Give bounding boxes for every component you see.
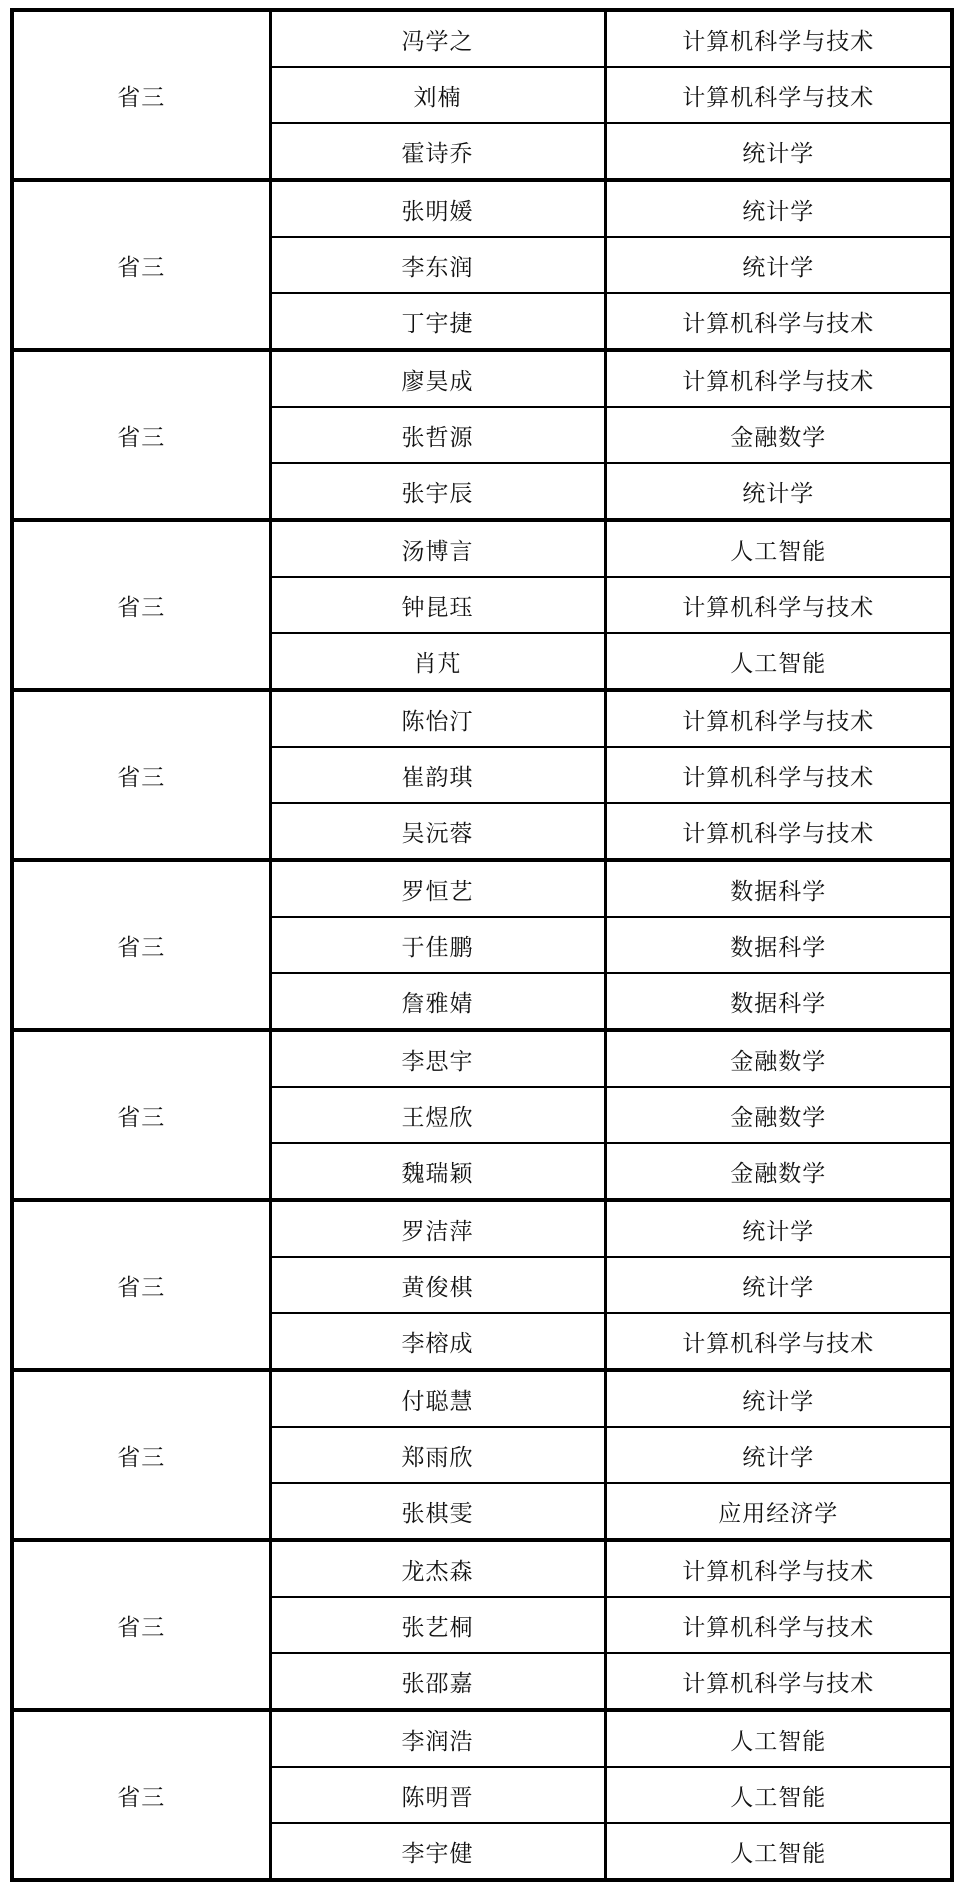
major-cell: 统计学 — [605, 123, 952, 180]
name-cell: 钟昆珏 — [270, 577, 605, 633]
name-cell: 魏瑞颖 — [270, 1143, 605, 1200]
major-cell: 人工智能 — [605, 1767, 952, 1823]
name-cell: 霍诗乔 — [270, 123, 605, 180]
table-row: 省三罗恒艺数据科学 — [12, 860, 952, 917]
name-cell: 张宇辰 — [270, 463, 605, 520]
name-cell: 崔韵琪 — [270, 747, 605, 803]
major-cell: 人工智能 — [605, 1823, 952, 1880]
name-cell: 丁宇捷 — [270, 293, 605, 350]
award-cell: 省三 — [12, 350, 270, 520]
name-cell: 郑雨欣 — [270, 1427, 605, 1483]
major-cell: 计算机科学与技术 — [605, 577, 952, 633]
table-row: 省三付聪慧统计学 — [12, 1370, 952, 1427]
major-cell: 统计学 — [605, 1257, 952, 1313]
award-cell: 省三 — [12, 1370, 270, 1540]
award-cell: 省三 — [12, 1540, 270, 1710]
name-cell: 张棋雯 — [270, 1483, 605, 1540]
major-cell: 计算机科学与技术 — [605, 747, 952, 803]
award-cell: 省三 — [12, 10, 270, 180]
name-cell: 张哲源 — [270, 407, 605, 463]
table-row: 省三陈怡汀计算机科学与技术 — [12, 690, 952, 747]
award-cell: 省三 — [12, 1710, 270, 1880]
table-row: 省三廖昊成计算机科学与技术 — [12, 350, 952, 407]
name-cell: 李东润 — [270, 237, 605, 293]
name-cell: 罗恒艺 — [270, 860, 605, 917]
major-cell: 统计学 — [605, 180, 952, 237]
award-cell: 省三 — [12, 690, 270, 860]
name-cell: 詹雅婧 — [270, 973, 605, 1030]
name-cell: 冯学之 — [270, 10, 605, 67]
table-row: 省三龙杰森计算机科学与技术 — [12, 1540, 952, 1597]
name-cell: 罗洁萍 — [270, 1200, 605, 1257]
major-cell: 计算机科学与技术 — [605, 1597, 952, 1653]
table-row: 省三李润浩人工智能 — [12, 1710, 952, 1767]
major-cell: 计算机科学与技术 — [605, 1313, 952, 1370]
name-cell: 李宇健 — [270, 1823, 605, 1880]
award-cell: 省三 — [12, 1030, 270, 1200]
name-cell: 汤博言 — [270, 520, 605, 577]
name-cell: 肖芃 — [270, 633, 605, 690]
major-cell: 计算机科学与技术 — [605, 803, 952, 860]
major-cell: 金融数学 — [605, 1087, 952, 1143]
major-cell: 统计学 — [605, 1370, 952, 1427]
name-cell: 张艺桐 — [270, 1597, 605, 1653]
table-row: 省三罗洁萍统计学 — [12, 1200, 952, 1257]
major-cell: 计算机科学与技术 — [605, 1540, 952, 1597]
major-cell: 人工智能 — [605, 1710, 952, 1767]
name-cell: 龙杰森 — [270, 1540, 605, 1597]
table-row: 省三张明媛统计学 — [12, 180, 952, 237]
major-cell: 统计学 — [605, 1200, 952, 1257]
name-cell: 于佳鹏 — [270, 917, 605, 973]
major-cell: 计算机科学与技术 — [605, 293, 952, 350]
name-cell: 张邵嘉 — [270, 1653, 605, 1710]
name-cell: 李榕成 — [270, 1313, 605, 1370]
major-cell: 计算机科学与技术 — [605, 690, 952, 747]
major-cell: 人工智能 — [605, 633, 952, 690]
name-cell: 廖昊成 — [270, 350, 605, 407]
name-cell: 王煜欣 — [270, 1087, 605, 1143]
award-cell: 省三 — [12, 180, 270, 350]
table-row: 省三冯学之计算机科学与技术 — [12, 10, 952, 67]
award-table-body: 省三冯学之计算机科学与技术刘楠计算机科学与技术霍诗乔统计学省三张明媛统计学李东润… — [12, 10, 952, 1880]
major-cell: 计算机科学与技术 — [605, 67, 952, 123]
name-cell: 李润浩 — [270, 1710, 605, 1767]
major-cell: 统计学 — [605, 463, 952, 520]
major-cell: 计算机科学与技术 — [605, 1653, 952, 1710]
name-cell: 吴沅蓉 — [270, 803, 605, 860]
name-cell: 黄俊棋 — [270, 1257, 605, 1313]
award-cell: 省三 — [12, 520, 270, 690]
name-cell: 陈明晋 — [270, 1767, 605, 1823]
table-row: 省三李思宇金融数学 — [12, 1030, 952, 1087]
major-cell: 金融数学 — [605, 1143, 952, 1200]
major-cell: 金融数学 — [605, 1030, 952, 1087]
major-cell: 计算机科学与技术 — [605, 350, 952, 407]
major-cell: 数据科学 — [605, 917, 952, 973]
major-cell: 应用经济学 — [605, 1483, 952, 1540]
table-row: 省三汤博言人工智能 — [12, 520, 952, 577]
award-table: 省三冯学之计算机科学与技术刘楠计算机科学与技术霍诗乔统计学省三张明媛统计学李东润… — [10, 8, 954, 1882]
name-cell: 付聪慧 — [270, 1370, 605, 1427]
major-cell: 统计学 — [605, 237, 952, 293]
page: 省三冯学之计算机科学与技术刘楠计算机科学与技术霍诗乔统计学省三张明媛统计学李东润… — [0, 0, 960, 1882]
name-cell: 陈怡汀 — [270, 690, 605, 747]
name-cell: 张明媛 — [270, 180, 605, 237]
major-cell: 计算机科学与技术 — [605, 10, 952, 67]
major-cell: 金融数学 — [605, 407, 952, 463]
award-cell: 省三 — [12, 1200, 270, 1370]
name-cell: 李思宇 — [270, 1030, 605, 1087]
award-cell: 省三 — [12, 860, 270, 1030]
major-cell: 数据科学 — [605, 973, 952, 1030]
major-cell: 统计学 — [605, 1427, 952, 1483]
major-cell: 人工智能 — [605, 520, 952, 577]
major-cell: 数据科学 — [605, 860, 952, 917]
name-cell: 刘楠 — [270, 67, 605, 123]
